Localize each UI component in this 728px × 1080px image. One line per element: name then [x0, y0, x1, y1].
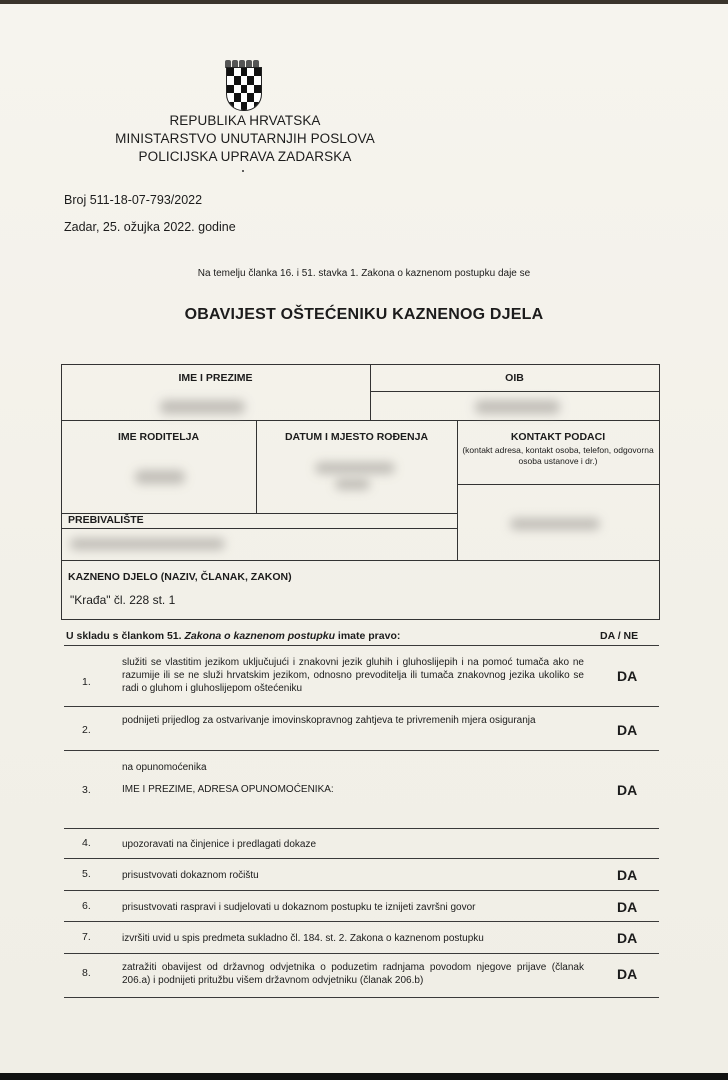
right-answer: DA [617, 867, 637, 883]
reference-number: Broj 511-18-07-793/2022 [64, 193, 202, 207]
residence-label: PREBIVALIŠTE [68, 514, 144, 526]
crime-value: "Krađa" čl. 228 st. 1 [70, 593, 175, 607]
right-number: 8. [82, 967, 91, 979]
contact-hint: (kontakt adresa, kontakt osoba, telefon,… [462, 445, 654, 467]
name-label: IME I PREZIME [61, 372, 370, 384]
right-answer: DA [617, 668, 637, 684]
contact-label: KONTAKT PODACI [457, 431, 659, 443]
right-answer: DA [617, 899, 637, 915]
right-text-pre: na opunomoćenika [122, 761, 584, 774]
right-text: podnijeti prijedlog za ostvarivanje imov… [122, 714, 584, 727]
header-dot [242, 170, 244, 172]
right-number: 7. [82, 931, 91, 943]
right-text: prisustvovati raspravi i sudjelovati u d… [122, 901, 584, 914]
rule [64, 953, 659, 954]
right-answer: DA [617, 722, 637, 738]
rule [64, 921, 659, 922]
crown-icon [225, 55, 261, 65]
birth-label: DATUM I MJESTO ROĐENJA [256, 431, 457, 443]
rule [64, 706, 659, 707]
right-number: 6. [82, 900, 91, 912]
issuer-header: REPUBLIKA HRVATSKA MINISTARSTVO UNUTARNJ… [90, 112, 400, 166]
rights-heading-law: Zakona o kaznenom postupku [184, 630, 335, 642]
divider [457, 484, 659, 485]
rule [64, 858, 659, 859]
divider [61, 560, 659, 561]
right-number: 1. [82, 676, 91, 688]
divider [61, 528, 457, 529]
crime-label: KAZNENO DJELO (NAZIV, ČLANAK, ZAKON) [68, 571, 292, 583]
birth-date-redacted [315, 462, 395, 474]
photo-bottom-edge [0, 1073, 728, 1080]
croatian-coat-of-arms-icon [225, 55, 261, 111]
right-text: služiti se vlastitim jezikom uključujući… [122, 656, 584, 695]
answer-column-header: DA / NE [600, 630, 638, 642]
checkerboard-shield-icon [226, 67, 262, 111]
name-value-redacted [160, 400, 245, 414]
document-date: Zadar, 25. ožujka 2022. godine [64, 220, 236, 234]
right-text: IME I PREZIME, ADRESA OPUNOMOĆENIKA: [122, 783, 584, 796]
parent-name-redacted [135, 470, 185, 484]
header-line-ministry: MINISTARSTVO UNUTARNJIH POSLOVA [90, 130, 400, 148]
contact-value-redacted [510, 518, 600, 530]
right-answer: DA [617, 930, 637, 946]
right-answer: DA [617, 782, 637, 798]
rule [64, 890, 659, 891]
rule [64, 997, 659, 998]
right-text: zatražiti obavijest od državnog odvjetni… [122, 961, 584, 987]
header-line-republic: REPUBLIKA HRVATSKA [90, 112, 400, 130]
right-number: 3. [82, 784, 91, 796]
parent-name-label: IME RODITELJA [61, 431, 256, 443]
legal-basis: Na temelju članka 16. i 51. stavka 1. Za… [0, 268, 728, 279]
birth-place-redacted [335, 478, 370, 490]
header-line-police: POLICIJSKA UPRAVA ZADARSKA [90, 148, 400, 166]
rule [64, 750, 659, 751]
divider [370, 391, 659, 392]
right-number: 4. [82, 837, 91, 849]
rights-heading-post: imate pravo: [335, 630, 400, 642]
right-text: izvršiti uvid u spis predmeta sukladno č… [122, 932, 584, 945]
rights-heading: U skladu s člankom 51. Zakona o kaznenom… [66, 630, 400, 642]
right-answer: DA [617, 966, 637, 982]
residence-value-redacted [70, 538, 225, 550]
rule [64, 828, 659, 829]
oib-value-redacted [475, 400, 560, 414]
document-title: OBAVIJEST OŠTEĆENIKU KAZNENOG DJELA [0, 306, 728, 324]
rights-heading-pre: U skladu s člankom 51. [66, 630, 184, 642]
right-number: 2. [82, 724, 91, 736]
right-text: prisustvovati dokaznom ročištu [122, 869, 584, 882]
right-number: 5. [82, 868, 91, 880]
divider [61, 420, 659, 421]
oib-label: OIB [370, 372, 659, 384]
right-text: upozoravati na činjenice i predlagati do… [122, 838, 584, 851]
rule [64, 645, 659, 646]
